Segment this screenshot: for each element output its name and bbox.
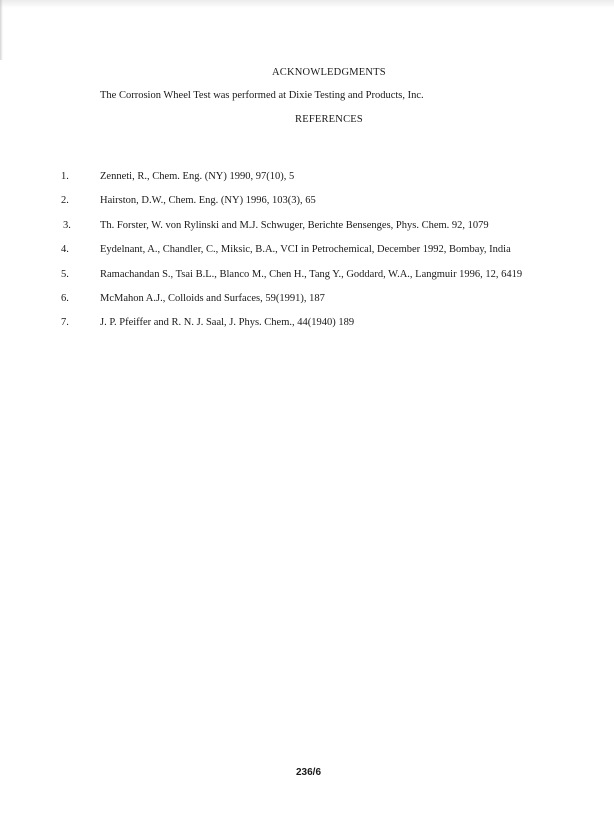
scan-edge-left: [0, 0, 3, 60]
reference-number: 3.: [63, 220, 71, 231]
reference-text: Zenneti, R., Chem. Eng. (NY) 1990, 97(10…: [100, 171, 294, 182]
references-heading: REFERENCES: [295, 114, 363, 125]
acknowledgments-text: The Corrosion Wheel Test was performed a…: [100, 90, 424, 101]
scan-edge-top: [0, 0, 614, 8]
reference-text: Th. Forster, W. von Rylinski and M.J. Sc…: [100, 220, 489, 231]
reference-text: McMahon A.J., Colloids and Surfaces, 59(…: [100, 293, 325, 304]
page-number: 236/6: [296, 767, 321, 778]
reference-number: 7.: [61, 317, 69, 328]
reference-number: 4.: [61, 244, 69, 255]
reference-text: Hairston, D.W., Chem. Eng. (NY) 1996, 10…: [100, 195, 316, 206]
reference-number: 5.: [61, 269, 69, 280]
reference-text: J. P. Pfeiffer and R. N. J. Saal, J. Phy…: [100, 317, 354, 328]
acknowledgments-heading: ACKNOWLEDGMENTS: [272, 67, 386, 78]
reference-number: 6.: [61, 293, 69, 304]
reference-number: 1.: [61, 171, 69, 182]
reference-text: Ramachandan S., Tsai B.L., Blanco M., Ch…: [100, 269, 522, 280]
reference-text: Eydelnant, A., Chandler, C., Miksic, B.A…: [100, 244, 511, 255]
reference-number: 2.: [61, 195, 69, 206]
